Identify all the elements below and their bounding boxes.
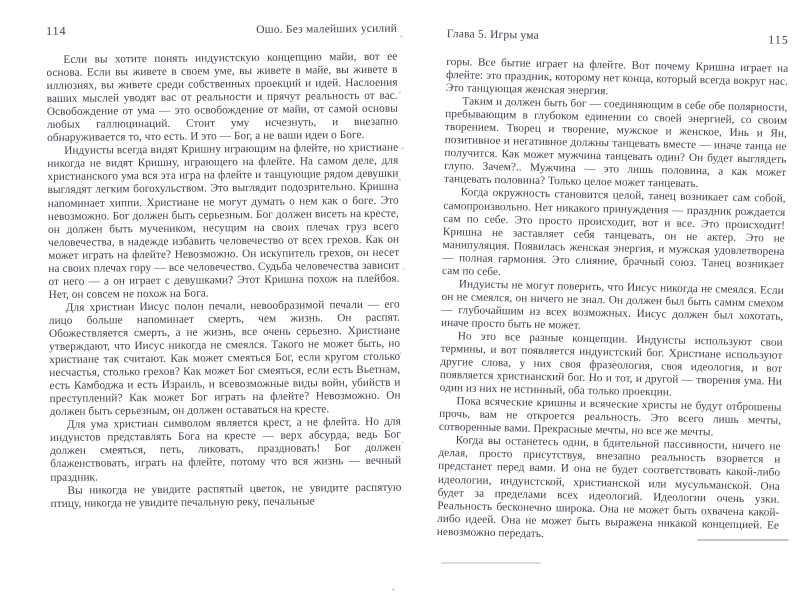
left-page-text: Если вы хотите понять индуистскую концеп… bbox=[46, 51, 401, 511]
paragraph: Вы никогда не увидите распятый цветок, н… bbox=[50, 481, 401, 510]
paragraph: Таким и должен быть бог — соединяющим в … bbox=[444, 95, 788, 193]
scan-artifact-speck bbox=[398, 91, 401, 94]
scan-artifact-speck bbox=[401, 147, 404, 150]
left-page-number: 114 bbox=[46, 24, 67, 39]
scanned-book-spread: { "left_page": { "page_number": "114", "… bbox=[0, 0, 800, 598]
paragraph: Если вы хотите понять индуистскую концеп… bbox=[46, 51, 398, 146]
paragraph: Когда вы останетесь одни, в бдительной п… bbox=[437, 434, 781, 545]
scan-artifact-speck bbox=[402, 268, 405, 271]
paragraph: Когда окружность становится целой, танец… bbox=[442, 186, 786, 284]
left-running-head: 114 Ошо. Без малейших усилий bbox=[46, 21, 397, 39]
paragraph: Для христиан Иисус полон печали, невообр… bbox=[49, 299, 401, 420]
scan-artifact-line bbox=[441, 562, 541, 564]
right-running-head: Глава 5. Игры ума 115 bbox=[447, 26, 789, 48]
right-page: Глава 5. Игры ума 115 горы. Все бытие иг… bbox=[437, 26, 789, 545]
paragraph: Индуисты не могут поверить, что Иисус ни… bbox=[441, 278, 784, 337]
scan-artifact-speck bbox=[401, 441, 404, 444]
chapter-title-running-head: Глава 5. Игры ума bbox=[447, 28, 539, 42]
scan-artifact-speck bbox=[392, 588, 395, 591]
right-page-number: 115 bbox=[768, 32, 789, 47]
paragraph: Но это все разные концепции. Индуисты ис… bbox=[440, 330, 783, 402]
book-title-running-head: Ошо. Без малейших усилий bbox=[256, 23, 397, 36]
paragraph: горы. Все бытие играет на флейте. Вот по… bbox=[446, 56, 789, 102]
scan-artifact-speck bbox=[400, 35, 403, 38]
paragraph: Индуисты всегда видят Кришну играющим на… bbox=[47, 142, 399, 302]
left-page: 114 Ошо. Без малейших усилий Если вы хот… bbox=[46, 21, 402, 511]
right-page-text: горы. Все бытие играет на флейте. Вот по… bbox=[437, 56, 789, 546]
paragraph: Пока всяческие кришны и всяческие христы… bbox=[439, 395, 782, 441]
paragraph: Для ума христиан символом является крест… bbox=[50, 416, 402, 485]
